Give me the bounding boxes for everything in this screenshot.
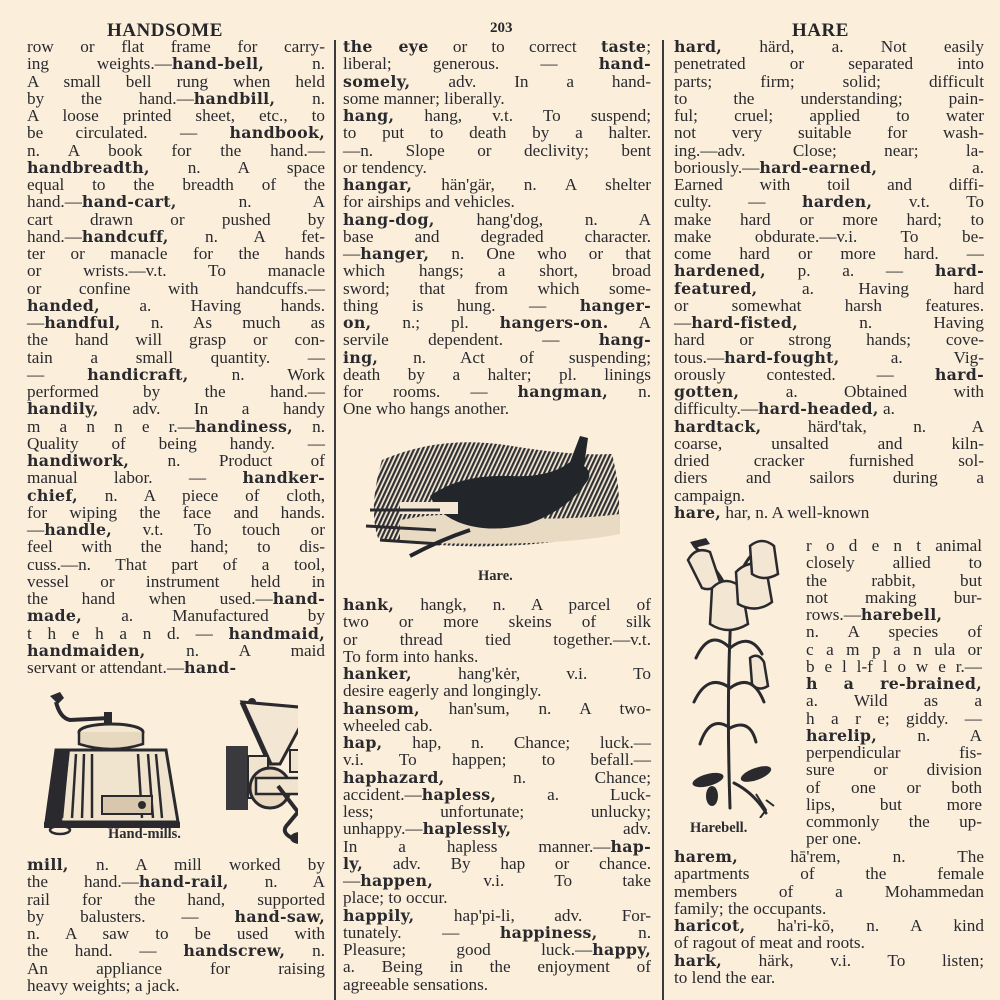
text-line: penetrated or separated into — [674, 55, 984, 72]
text-line: chief, n. A piece of cloth, — [27, 487, 325, 504]
text-line: hank, hangk, n. A parcel of — [343, 596, 651, 613]
text-line: orously contested. — hard- — [674, 366, 984, 383]
definition-text: dried cracker furnished sol- — [674, 451, 984, 470]
definition-text: tain a small quantity. — — [27, 348, 325, 367]
text-line: ly, adv. By hap or chance. — [343, 855, 651, 872]
text-line: by the hand.—handbill, n. — [27, 90, 325, 107]
definition-text: a. Wild as a — [806, 691, 982, 710]
definition-text: rows.— — [806, 605, 861, 624]
text-line: dried cracker furnished sol- — [674, 452, 984, 469]
definition-text: v.i. To happen; to befall.— — [343, 750, 651, 769]
text-line: hard, härd, a. Not easily — [674, 38, 984, 55]
headword: hand-rail, — [139, 872, 229, 891]
column-rule-left — [334, 40, 336, 1000]
text-line: hand.—hand-cart, n. A — [27, 193, 325, 210]
definition-text: row or flat frame for carry- — [27, 37, 325, 56]
text-line: not very suitable for wash- — [674, 124, 984, 141]
hand-mills-illustration — [38, 688, 298, 848]
text-line: handmaiden, n. A maid — [27, 642, 325, 659]
definition-text: ing.—adv. Close; near; la- — [674, 141, 984, 160]
column-middle: the eye or to correct taste;liberal; gen… — [343, 38, 651, 418]
definition-text: n. — [598, 923, 651, 942]
text-line: equal to the breadth of the — [27, 176, 325, 193]
definition-text: per one. — [806, 829, 861, 848]
definition-text: hang'kėr, v.i. To — [412, 664, 651, 683]
headword: hand- — [184, 658, 236, 677]
definition-text: —n. Slope or declivity; bent — [343, 141, 651, 160]
definition-text: hang'dog, n. A — [435, 210, 651, 229]
headword: harebell, — [861, 605, 942, 624]
definition-text: to put to death by a halter. — [343, 123, 651, 142]
column-right-wrap: r o d e n t animalclosely allied tothe r… — [806, 537, 982, 848]
definition-text: perpendicular fis- — [806, 743, 982, 762]
text-line: for wiping the face and hands. — [27, 504, 325, 521]
text-line: thing is hung. — hanger- — [343, 297, 651, 314]
headword: hapless, — [422, 785, 497, 804]
text-line: ter or manacle for the hands — [27, 245, 325, 262]
headword: hand- — [599, 54, 651, 73]
headword: hard-fought, — [724, 348, 839, 367]
headword: handiness, — [195, 417, 293, 436]
text-line: harelip, n. A — [806, 727, 982, 744]
text-line: liberal; generous. — hand- — [343, 55, 651, 72]
definition-text: for rooms. — — [343, 382, 518, 401]
definition-text: n. — [275, 89, 325, 108]
definition-text: parts; firm; solid; difficult — [674, 72, 984, 91]
definition-text: — — [27, 365, 87, 384]
text-line: the eye or to correct taste; — [343, 38, 651, 55]
definition-text: tous.— — [674, 348, 724, 367]
definition-text: n. A — [229, 872, 325, 891]
definition-text: rail for the hand, supported — [27, 890, 325, 909]
text-line: by balusters. — hand-saw, — [27, 908, 325, 925]
definition-text: n. — [264, 54, 325, 73]
text-line: happily, hap'pi-li, adv. For- — [343, 907, 651, 924]
definition-text: n. As much as — [121, 313, 325, 332]
definition-text: ha'ri-kō, n. A kind — [745, 916, 984, 935]
text-line: perpendicular fis- — [806, 744, 982, 761]
definition-text: hand.— — [27, 227, 82, 246]
definition-text: or tendency. — [343, 158, 427, 177]
headword: harelip, — [806, 726, 877, 745]
definition-text: a. Manufactured by — [82, 606, 325, 625]
headword: happiness, — [500, 923, 598, 942]
definition-text: family; the occupants. — [674, 899, 826, 918]
text-line: hap, hap, n. Chance; luck.— — [343, 734, 651, 751]
definition-text: campaign. — [674, 486, 745, 505]
headword: handful, — [44, 313, 120, 332]
definition-text: n. One who or that — [429, 244, 651, 263]
text-line: the hand. — handscrew, n. — [27, 942, 325, 959]
definition-text: v.i. To take — [433, 871, 651, 890]
text-line: rail for the hand, supported — [27, 891, 325, 908]
definition-text: ing weights.— — [27, 54, 172, 73]
definition-text: manual labor. — — [27, 468, 242, 487]
text-line: tunately. — happiness, n. — [343, 924, 651, 941]
text-line: servile dependent. — hang- — [343, 331, 651, 348]
text-line: per one. — [806, 830, 982, 847]
definition-text: commonly the up- — [806, 812, 982, 831]
text-line: commonly the up- — [806, 813, 982, 830]
headword: haphazard, — [343, 768, 445, 787]
text-line: n. A saw to be used with — [27, 925, 325, 942]
column-left: row or flat frame for carry-ing weights.… — [27, 38, 325, 676]
definition-text: n. A space — [150, 158, 325, 177]
definition-text: a. Being in the enjoyment of — [343, 957, 651, 976]
headword: handker- — [242, 468, 325, 487]
headword: haricot, — [674, 916, 745, 935]
text-line: haricot, ha'ri-kō, n. A kind — [674, 917, 984, 934]
headword: hangar, — [343, 175, 412, 194]
text-line: two or more skeins of silk — [343, 613, 651, 630]
definition-text: hangk, n. A parcel of — [394, 595, 651, 614]
definition-text: n. — [293, 417, 325, 436]
definition-text: desire eagerly and longingly. — [343, 681, 541, 700]
definition-text: m a n n e r.— — [27, 417, 195, 436]
text-line: or somewhat harsh features. — [674, 297, 984, 314]
definition-text: p. a. — — [766, 261, 935, 280]
definition-text: death by a halter; pl. linings — [343, 365, 651, 384]
definition-text: hand.— — [27, 192, 82, 211]
entries-left-bottom: mill, n. A mill worked bythe hand.—hand-… — [27, 856, 325, 994]
definition-text: A — [609, 313, 651, 332]
definition-text: accident.— — [343, 785, 422, 804]
definition-text: equal to the breadth of the — [27, 175, 325, 194]
definition-text: han'sum, n. A two- — [420, 699, 651, 718]
definition-text: diers and sailors during a — [674, 468, 984, 487]
definition-text: Quality of being handy. — — [27, 434, 325, 453]
text-line: or thread tied together.—v.t. — [343, 631, 651, 648]
definition-text: members of a Mohammedan — [674, 882, 984, 901]
definition-text: A small bell rung when held — [27, 72, 325, 91]
dictionary-page: HANDSOME 203 HARE row or flat frame for … — [0, 0, 1000, 1000]
headword: h a re-brained, — [806, 674, 982, 693]
headword: hansom, — [343, 699, 420, 718]
text-line: hardtack, härd'tak, n. A — [674, 418, 984, 435]
definition-text: performed by the hand.— — [27, 382, 325, 401]
headword: hanker, — [343, 664, 412, 683]
text-line: campaign. — [674, 487, 984, 504]
hare-icon — [360, 430, 636, 560]
headword: hap, — [343, 733, 382, 752]
text-line: feel with the hand; to dis- — [27, 538, 325, 555]
definition-text: n. A — [877, 726, 982, 745]
definition-text: hang, v.t. To suspend; — [394, 106, 651, 125]
text-line: which hangs; a short, broad — [343, 262, 651, 279]
definition-text: boriously.— — [674, 158, 759, 177]
harebell-illustration — [680, 538, 790, 818]
definition-text: wheeled cab. — [343, 716, 433, 735]
text-line: family; the occupants. — [674, 900, 984, 917]
text-line: An appliance for raising — [27, 960, 325, 977]
text-line: —hard-fisted, n. Having — [674, 314, 984, 331]
definition-text: vessel or instrument held in — [27, 572, 325, 591]
text-line: ing.—adv. Close; near; la- — [674, 142, 984, 159]
definition-text: sword; that from which some- — [343, 279, 651, 298]
text-line: of ragout of meat and roots. — [674, 934, 984, 951]
text-line: hang-dog, hang'dog, n. A — [343, 211, 651, 228]
headword: handscrew, — [183, 941, 285, 960]
text-line: sword; that from which some- — [343, 280, 651, 297]
definition-text: härd'tak, n. A — [761, 417, 984, 436]
entries-right-wrap: r o d e n t animalclosely allied tothe r… — [806, 537, 982, 848]
definition-text: feel with the hand; to dis- — [27, 537, 325, 556]
text-line: death by a halter; pl. linings — [343, 366, 651, 383]
headword: handily, — [27, 399, 99, 418]
text-line: a. Wild as a — [806, 692, 982, 709]
text-line: h a r e; giddy. — — [806, 710, 982, 727]
definition-text: adv. — [511, 819, 651, 838]
text-line: apartments of the female — [674, 865, 984, 882]
definition-text: thing is hung. — — [343, 296, 580, 315]
text-line: —hanger, n. One who or that — [343, 245, 651, 262]
text-line: ing, n. Act of suspending; — [343, 349, 651, 366]
definition-text: the hand.— — [27, 872, 139, 891]
headword: made, — [27, 606, 82, 625]
text-line: the rabbit, but — [806, 572, 982, 589]
text-line: the hand.—hand-rail, n. A — [27, 873, 325, 890]
text-line: —n. Slope or declivity; bent — [343, 142, 651, 159]
definition-text: sure or division — [806, 760, 982, 779]
definition-text: servile dependent. — — [343, 330, 599, 349]
text-line: b e l l-f l o w e r.— — [806, 658, 982, 675]
definition-text: One who hangs another. — [343, 399, 509, 418]
definition-text: n. A saw to be used with — [27, 924, 325, 943]
definition-text: — — [343, 871, 360, 890]
text-line: t h e h a n d. — handmaid, — [27, 625, 325, 642]
definition-text: hā'rem, n. The — [738, 847, 984, 866]
text-line: desire eagerly and longingly. — [343, 682, 651, 699]
definition-text: n.; pl. — [371, 313, 499, 332]
definition-text: agreeable sensations. — [343, 975, 488, 994]
text-line: handbreadth, n. A space — [27, 159, 325, 176]
text-line: base and degraded character. — [343, 228, 651, 245]
definition-text: adv. In a handy — [99, 399, 325, 418]
harebell-icon — [680, 538, 790, 818]
text-line: not making bur- — [806, 589, 982, 606]
definition-text: by balusters. — — [27, 907, 235, 926]
headword: handbook, — [229, 123, 325, 142]
text-line: rows.—harebell, — [806, 606, 982, 623]
headword: hard-fisted, — [691, 313, 798, 332]
headword: hand-cart, — [82, 192, 177, 211]
text-line: hangar, hän'gär, n. A shelter — [343, 176, 651, 193]
headword: handiwork, — [27, 451, 129, 470]
definition-text: tunately. — — [343, 923, 500, 942]
definition-text: make hard or more hard; to — [674, 210, 984, 229]
definition-text: c a m p a n ula or — [806, 640, 982, 659]
definition-text: a. — [877, 158, 984, 177]
text-line: made, a. Manufactured by — [27, 607, 325, 624]
definition-text: be circulated. — — [27, 123, 229, 142]
text-line: haphazard, n. Chance; — [343, 769, 651, 786]
text-line: place; to occur. — [343, 889, 651, 906]
definition-text: hard or strong hands; cove- — [674, 330, 984, 349]
text-line: One who hangs another. — [343, 400, 651, 417]
text-line: difficulty.—hard-headed, a. — [674, 400, 984, 417]
definition-text: or somewhat harsh features. — [674, 296, 984, 315]
definition-text: of ragout of meat and roots. — [674, 933, 865, 952]
text-line: cuss.—n. That part of a tool, — [27, 556, 325, 573]
definition-text: a. Having hard — [757, 279, 984, 298]
definition-text: Pleasure; good luck.— — [343, 940, 592, 959]
headword: handmaiden, — [27, 641, 146, 660]
text-line: servant or attendant.—hand- — [27, 659, 325, 676]
definition-text: a. — [879, 399, 895, 418]
text-line: v.i. To happen; to befall.— — [343, 751, 651, 768]
text-line: some manner; liberally. — [343, 90, 651, 107]
text-line: performed by the hand.— — [27, 383, 325, 400]
definition-text: lips, but more — [806, 795, 982, 814]
headword: haplessly, — [423, 819, 512, 838]
definition-text: by the hand.— — [27, 89, 194, 108]
text-line: hard or strong hands; cove- — [674, 331, 984, 348]
text-line: h a re-brained, — [806, 675, 982, 692]
definition-text: hän'gär, n. A shelter — [412, 175, 651, 194]
definition-text: closely allied to — [806, 553, 982, 572]
definition-text: n. A maid — [146, 641, 325, 660]
definition-text: come hard or more hard. — — [674, 244, 984, 263]
text-line: or confine with handcuffs.— — [27, 280, 325, 297]
definition-text: Earned with toil and diffi- — [674, 175, 984, 194]
headword: hard-earned, — [759, 158, 877, 177]
definition-text: An appliance for raising — [27, 959, 325, 978]
text-line: hand.—handcuff, n. A fet- — [27, 228, 325, 245]
headword: hardened, — [674, 261, 766, 280]
definition-text: the hand will grasp or con- — [27, 330, 325, 349]
text-line: manual labor. — handker- — [27, 469, 325, 486]
text-line: —handful, n. As much as — [27, 314, 325, 331]
definition-text: not very suitable for wash- — [674, 123, 984, 142]
definition-text: n. A mill worked by — [69, 855, 325, 874]
definition-text: liberal; generous. — — [343, 54, 599, 73]
headword: gotten, — [674, 382, 739, 401]
text-line: n. A book for the hand.— — [27, 142, 325, 159]
text-line: cart drawn or pushed by — [27, 211, 325, 228]
headword: featured, — [674, 279, 757, 298]
headword: happy, — [592, 940, 651, 959]
text-line: heavy weights; a jack. — [27, 977, 325, 994]
text-line: In a hapless manner.—hap- — [343, 838, 651, 855]
text-line: coarse, unsalted and kiln- — [674, 435, 984, 452]
text-line: on, n.; pl. hangers-on. A — [343, 314, 651, 331]
text-line: —happen, v.i. To take — [343, 872, 651, 889]
text-line: to lend the ear. — [674, 969, 984, 986]
headword: hare, — [674, 503, 721, 522]
text-line: unhappy.—haplessly, adv. — [343, 820, 651, 837]
definition-text: servant or attendant.— — [27, 658, 184, 677]
text-line: tain a small quantity. — — [27, 349, 325, 366]
headword: harem, — [674, 847, 738, 866]
text-line: hang, hang, v.t. To suspend; — [343, 107, 651, 124]
text-line: for airships and vehicles. — [343, 193, 651, 210]
headword: hang, — [343, 106, 394, 125]
definition-text: the rabbit, but — [806, 571, 982, 590]
headword: mill, — [27, 855, 69, 874]
definition-text: difficulty.— — [674, 399, 758, 418]
text-line: —handle, v.t. To touch or — [27, 521, 325, 538]
definition-text: culty. — — [674, 192, 802, 211]
text-line: ful; cruel; applied to water — [674, 107, 984, 124]
headword: hard-headed, — [758, 399, 879, 418]
page-number: 203 — [490, 20, 513, 37]
column-left-bottom: mill, n. A mill worked bythe hand.—hand-… — [27, 856, 325, 994]
text-line: of one or both — [806, 779, 982, 796]
definition-text: for wiping the face and hands. — [27, 503, 325, 522]
text-line: diers and sailors during a — [674, 469, 984, 486]
figure-caption-hand-mills: Hand-mills. — [108, 826, 181, 843]
headword: hark, — [674, 951, 722, 970]
text-line: closely allied to — [806, 554, 982, 571]
headword: ing, — [343, 348, 378, 367]
text-line: hare, har, n. A well-known — [674, 504, 984, 521]
definition-text: n. — [285, 941, 325, 960]
entries-right-top: hard, härd, a. Not easilypenetrated or s… — [674, 38, 984, 521]
headword: ly, — [343, 854, 363, 873]
definition-text: In a hapless manner.— — [343, 837, 610, 856]
definition-text: n. Product of — [129, 451, 325, 470]
headword: handcuff, — [82, 227, 169, 246]
text-line: parts; firm; solid; difficult — [674, 73, 984, 90]
definition-text: a. Obtained with — [739, 382, 984, 401]
text-line: handiwork, n. Product of — [27, 452, 325, 469]
text-line: handily, adv. In a handy — [27, 400, 325, 417]
definition-text: two or more skeins of silk — [343, 612, 651, 631]
text-line: or tendency. — [343, 159, 651, 176]
text-line: to the understanding; pain- — [674, 90, 984, 107]
entries-right-bottom: harem, hā'rem, n. Theapartments of the f… — [674, 848, 984, 986]
text-line: featured, a. Having hard — [674, 280, 984, 297]
headword: hang-dog, — [343, 210, 435, 229]
definition-text: to the understanding; pain- — [674, 89, 984, 108]
headword: hard- — [935, 261, 984, 280]
definition-text: make obdurate.—v.i. To be- — [674, 227, 984, 246]
text-line: gotten, a. Obtained with — [674, 383, 984, 400]
hare-illustration — [360, 430, 636, 560]
definition-text: n. A fet- — [169, 227, 325, 246]
text-line: somely, adv. In a hand- — [343, 73, 651, 90]
text-line: r o d e n t animal — [806, 537, 982, 554]
text-line: handed, a. Having hands. — [27, 297, 325, 314]
text-line: hardened, p. a. — hard- — [674, 262, 984, 279]
text-line: c a m p a n ula or — [806, 641, 982, 658]
text-line: for rooms. — hangman, n. — [343, 383, 651, 400]
text-line: to put to death by a halter. — [343, 124, 651, 141]
definition-text: not making bur- — [806, 588, 982, 607]
text-line: hansom, han'sum, n. A two- — [343, 700, 651, 717]
headword: handicraft, — [87, 365, 188, 384]
headword: hang- — [599, 330, 651, 349]
headword: happen, — [360, 871, 433, 890]
definition-text: r o d e n t animal — [806, 536, 982, 555]
definition-text: or thread tied together.—v.t. — [343, 630, 651, 649]
definition-text: hap, n. Chance; luck.— — [382, 733, 651, 752]
definition-text: apartments of the female — [674, 864, 984, 883]
definition-text: heavy weights; a jack. — [27, 976, 180, 995]
headword: hangers-on. — [500, 313, 609, 332]
text-line: vessel or instrument held in — [27, 573, 325, 590]
headword: hank, — [343, 595, 394, 614]
definition-text: cart drawn or pushed by — [27, 210, 325, 229]
text-line: A small bell rung when held — [27, 73, 325, 90]
entries-middle-bottom: hank, hangk, n. A parcel oftwo or more s… — [343, 596, 651, 993]
text-line: a. Being in the enjoyment of — [343, 958, 651, 975]
text-line: To form into hanks. — [343, 648, 651, 665]
text-line: A loose printed sheet, etc., to — [27, 107, 325, 124]
text-line: culty. — harden, v.t. To — [674, 193, 984, 210]
definition-text: some manner; liberally. — [343, 89, 505, 108]
headword: taste — [601, 37, 646, 56]
